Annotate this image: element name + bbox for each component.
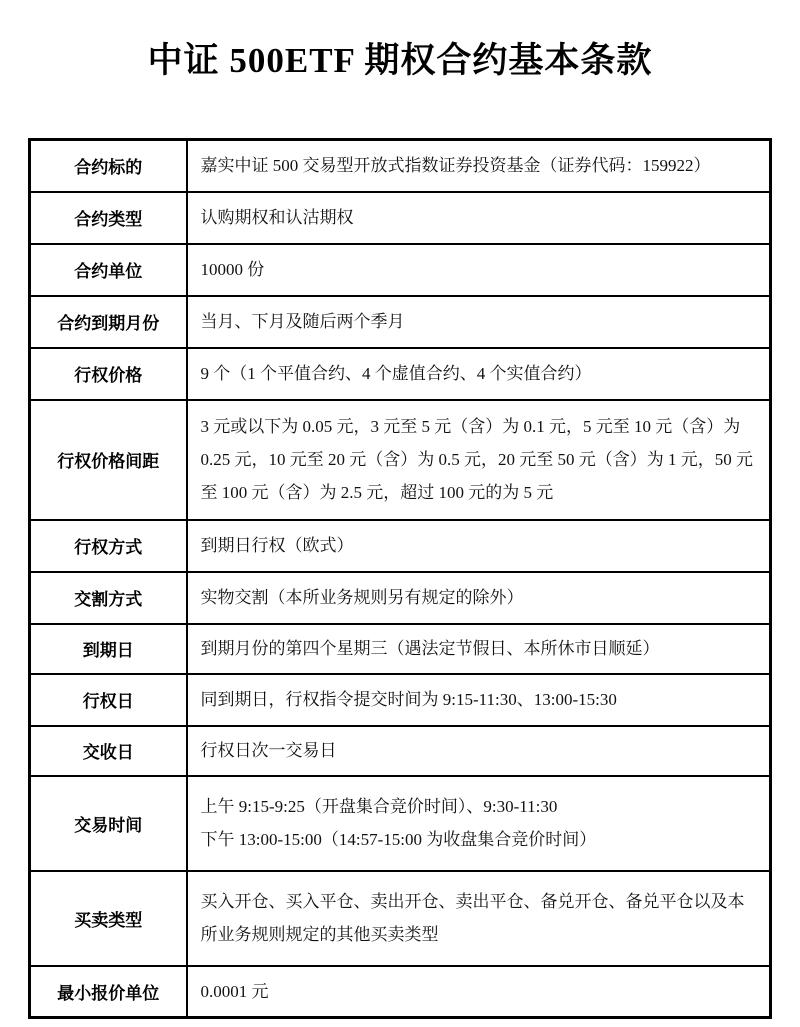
table-row: 交易时间 上午 9:15-9:25（开盘集合竞价时间）、9:30-11:30 下… [30, 776, 771, 871]
row-label: 交割方式 [30, 572, 187, 624]
table-row: 到期日 到期月份的第四个星期三（遇法定节假日、本所休市日顺延） [30, 624, 771, 674]
row-label: 行权方式 [30, 520, 187, 572]
table-row: 最小报价单位 0.0001 元 [30, 966, 771, 1018]
row-value: 同到期日，行权指令提交时间为 9:15-11:30、13:00-15:30 [187, 674, 771, 726]
row-label: 合约单位 [30, 244, 187, 296]
table-row: 合约标的 嘉实中证 500 交易型开放式指数证券投资基金（证券代码：159922… [30, 140, 771, 192]
contract-terms-table: 合约标的 嘉实中证 500 交易型开放式指数证券投资基金（证券代码：159922… [28, 138, 772, 1019]
row-value: 当月、下月及随后两个季月 [187, 296, 771, 348]
row-label: 行权日 [30, 674, 187, 726]
table-row: 合约到期月份 当月、下月及随后两个季月 [30, 296, 771, 348]
table-row: 行权日 同到期日，行权指令提交时间为 9:15-11:30、13:00-15:3… [30, 674, 771, 726]
row-label: 合约类型 [30, 192, 187, 244]
row-value: 9 个（1 个平值合约、4 个虚值合约、4 个实值合约） [187, 348, 771, 400]
row-label: 合约标的 [30, 140, 187, 192]
table-row: 行权价格间距 3 元或以下为 0.05 元，3 元至 5 元（含）为 0.1 元… [30, 400, 771, 520]
row-label: 交易时间 [30, 776, 187, 871]
row-label: 交收日 [30, 726, 187, 776]
row-label: 行权价格间距 [30, 400, 187, 520]
row-value: 嘉实中证 500 交易型开放式指数证券投资基金（证券代码：159922） [187, 140, 771, 192]
row-label: 合约到期月份 [30, 296, 187, 348]
table-row: 合约类型 认购期权和认沽期权 [30, 192, 771, 244]
table-row: 行权方式 到期日行权（欧式） [30, 520, 771, 572]
table-row: 行权价格 9 个（1 个平值合约、4 个虚值合约、4 个实值合约） [30, 348, 771, 400]
row-value: 实物交割（本所业务规则另有规定的除外） [187, 572, 771, 624]
document-page: 中证 500ETF 期权合约基本条款 合约标的 嘉实中证 500 交易型开放式指… [0, 0, 800, 1027]
row-value: 行权日次一交易日 [187, 726, 771, 776]
row-value: 3 元或以下为 0.05 元，3 元至 5 元（含）为 0.1 元，5 元至 1… [187, 400, 771, 520]
table-row: 买卖类型 买入开仓、买入平仓、卖出开仓、卖出平仓、备兑开仓、备兑平仓以及本所业务… [30, 871, 771, 966]
table-row: 交收日 行权日次一交易日 [30, 726, 771, 776]
table-row: 交割方式 实物交割（本所业务规则另有规定的除外） [30, 572, 771, 624]
row-value: 买入开仓、买入平仓、卖出开仓、卖出平仓、备兑开仓、备兑平仓以及本所业务规则规定的… [187, 871, 771, 966]
row-value: 到期月份的第四个星期三（遇法定节假日、本所休市日顺延） [187, 624, 771, 674]
row-value: 0.0001 元 [187, 966, 771, 1018]
row-label: 买卖类型 [30, 871, 187, 966]
row-label: 到期日 [30, 624, 187, 674]
row-value: 到期日行权（欧式） [187, 520, 771, 572]
row-value: 认购期权和认沽期权 [187, 192, 771, 244]
row-value: 10000 份 [187, 244, 771, 296]
table-row: 合约单位 10000 份 [30, 244, 771, 296]
page-title: 中证 500ETF 期权合约基本条款 [0, 33, 800, 83]
row-label: 行权价格 [30, 348, 187, 400]
row-value: 上午 9:15-9:25（开盘集合竞价时间）、9:30-11:30 下午 13:… [187, 776, 771, 871]
row-label: 最小报价单位 [30, 966, 187, 1018]
